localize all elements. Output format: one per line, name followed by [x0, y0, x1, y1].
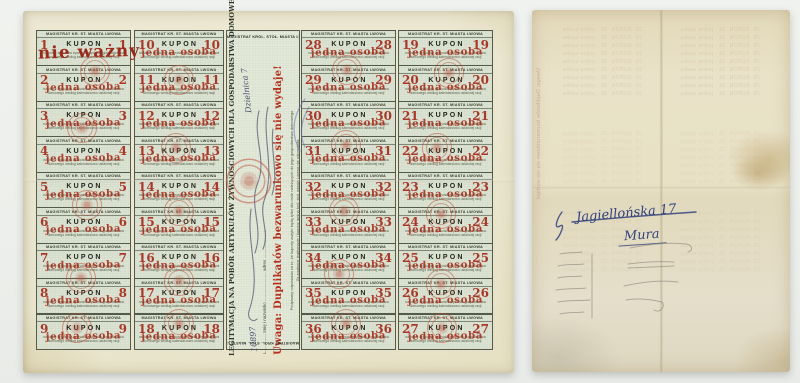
coupon-column-2: MAGISTRAT KR. ST. MIASTA LWOWA10KUPON10n… — [134, 30, 224, 350]
person-overprint: jedna osoba — [304, 330, 393, 343]
coupon-cell-28: MAGISTRAT KR. ST. MIASTA LWOWA28KUPON28n… — [301, 30, 396, 66]
coupon-issuer: MAGISTRAT KR. ST. MIASTA LWOWA — [37, 66, 130, 73]
person-overprint: jedna osoba — [401, 153, 490, 166]
coupon-cell-12: MAGISTRAT KR. ST. MIASTA LWOWA12KUPON12n… — [134, 101, 224, 137]
person-overprint: jedna osoba — [304, 295, 393, 308]
coupon-cell-24: MAGISTRAT KR. ST. MIASTA LWOWA24KUPON24n… — [398, 207, 493, 243]
person-overprint: jedna osoba — [39, 330, 128, 343]
person-overprint: jedna osoba — [401, 295, 490, 308]
coupon-cell-8: MAGISTRAT KR. ST. MIASTA LWOWA8KUPON8na … — [36, 278, 131, 314]
coupon-cell-4: MAGISTRAT KR. ST. MIASTA LWOWA4KUPON4na … — [36, 136, 131, 172]
coupon-cell-25: MAGISTRAT KR. ST. MIASTA LWOWA25KUPON25n… — [398, 243, 493, 279]
person-overprint: jedna osoba — [304, 153, 393, 166]
coupon-cell-5: MAGISTRAT KR. ST. MIASTA LWOWA5KUPON5na … — [36, 172, 131, 208]
person-overprint: jedna osoba — [137, 153, 221, 165]
coupon-cell-14: MAGISTRAT KR. ST. MIASTA LWOWA14KUPON14n… — [134, 172, 224, 208]
person-overprint: jedna osoba — [39, 153, 128, 166]
coupon-cell-32: MAGISTRAT KR. ST. MIASTA LWOWA32KUPON32n… — [301, 172, 396, 208]
coupon-cell-36: MAGISTRAT KR. ST. MIASTA LWOWA36KUPON36n… — [301, 314, 396, 350]
auction-photo: MAGISTRAT KR. ST. MIASTA LWOWA1KUPON1na … — [0, 0, 800, 383]
coupon-issuer: MAGISTRAT KR. ST. MIASTA LWOWA — [37, 315, 130, 322]
person-overprint: jedna osoba — [137, 330, 221, 342]
coupon-issuer: MAGISTRAT KR. ST. MIASTA LWOWA — [302, 315, 395, 322]
coupon-cell-11: MAGISTRAT KR. ST. MIASTA LWOWA11KUPON11n… — [134, 65, 224, 101]
strip-handwriting-zone: L. ............ Imię i nazwisko ........… — [241, 64, 267, 356]
legitymacja-strip: MAGISTRAT KRÓL. STOŁ. MIASTA LWOWA LEGIT… — [226, 30, 300, 350]
person-overprint: jedna osoba — [39, 259, 128, 272]
person-overprint: jedna osoba — [401, 224, 490, 237]
coupon-cell-1: MAGISTRAT KR. ST. MIASTA LWOWA1KUPON1na … — [36, 30, 131, 66]
ghost-print-block: 28 KUPON 28 · jedna osoba 28 KUPON 28 · … — [670, 130, 770, 186]
coupon-cell-27: MAGISTRAT KR. ST. MIASTA LWOWA27KUPON27n… — [398, 314, 493, 350]
coupon-column-4: MAGISTRAT KR. ST. MIASTA LWOWA19KUPON19n… — [398, 30, 493, 350]
person-overprint: jedna osoba — [401, 46, 490, 59]
strip-fine-print-line-1: Podpisany odpowiada za to, że kupony zuż… — [289, 110, 294, 311]
coupon-issuer: MAGISTRAT KR. ST. MIASTA LWOWA — [37, 173, 130, 180]
strip-rotated-content: LEGITYMACJA NA POBÓR ARTYKUŁÓW ŻYWNOŚCIO… — [227, 64, 301, 356]
person-overprint: jedna osoba — [401, 259, 490, 272]
coupon-grid: MAGISTRAT KR. ST. MIASTA LWOWA1KUPON1na … — [36, 30, 493, 350]
coupon-cell-7: MAGISTRAT KR. ST. MIASTA LWOWA7KUPON7na … — [36, 243, 131, 279]
show-through-vertical-text: Uwaga: Duplikatów bezwarunkowo się nie w… — [536, 68, 542, 258]
handwritten-notes: Jagiellońska 17 Mura — [546, 192, 790, 372]
fold-line-horizontal — [532, 187, 790, 190]
coupon-cell-18: MAGISTRAT KR. ST. MIASTA LWOWA18KUPON18n… — [134, 314, 224, 350]
coupon-cell-19: MAGISTRAT KR. ST. MIASTA LWOWA19KUPON19n… — [398, 30, 493, 66]
person-overprint: jedna osoba — [304, 224, 393, 237]
coupon-cell-16: MAGISTRAT KR. ST. MIASTA LWOWA16KUPON16n… — [134, 243, 224, 279]
person-overprint: jedna osoba — [39, 188, 128, 201]
coupon-issuer: MAGISTRAT KR. ST. MIASTA LWOWA — [37, 244, 130, 251]
coupon-issuer: MAGISTRAT KR. ST. MIASTA LWOWA — [135, 315, 223, 322]
coupon-cell-21: MAGISTRAT KR. ST. MIASTA LWOWA21KUPON21n… — [398, 101, 493, 137]
ghost-print-block: 28 KUPON 28 · jedna osoba 28 KUPON 28 · … — [670, 26, 770, 98]
person-overprint: jedna osoba — [304, 82, 393, 95]
coupon-cell-35: MAGISTRAT KR. ST. MIASTA LWOWA35KUPON35n… — [301, 278, 396, 314]
person-overprint: jedna osoba — [401, 82, 490, 95]
person-overprint: jedna osoba — [39, 117, 128, 130]
strip-issuer-top: MAGISTRAT KRÓL. STOŁ. MIASTA LWOWA — [227, 35, 299, 39]
coupon-cell-31: MAGISTRAT KR. ST. MIASTA LWOWA31KUPON31n… — [301, 136, 396, 172]
coupon-cell-26: MAGISTRAT KR. ST. MIASTA LWOWA26KUPON26n… — [398, 278, 493, 314]
coupon-cell-29: MAGISTRAT KR. ST. MIASTA LWOWA29KUPON29n… — [301, 65, 396, 101]
coupon-cell-20: MAGISTRAT KR. ST. MIASTA LWOWA20KUPON20n… — [398, 65, 493, 101]
person-overprint: jedna osoba — [137, 188, 221, 200]
ghost-print-block: 28 KUPON 28 · jedna osoba 28 KUPON 28 · … — [552, 26, 652, 98]
person-overprint: jedna osoba — [304, 259, 393, 272]
strip-handwriting-number: 10897 — [249, 326, 260, 352]
ghost-print-block: 28 KUPON 28 · jedna osoba 28 KUPON 28 · … — [552, 130, 652, 186]
person-overprint: jedna osoba — [401, 117, 490, 130]
person-overprint: jedna osoba — [401, 188, 490, 201]
coupon-cell-33: MAGISTRAT KR. ST. MIASTA LWOWA33KUPON33n… — [301, 207, 396, 243]
coupon-issuer: MAGISTRAT KR. ST. MIASTA LWOWA — [37, 208, 130, 215]
person-overprint: jedna osoba — [137, 82, 221, 94]
coupon-cell-34: MAGISTRAT KR. ST. MIASTA LWOWA34KUPON34n… — [301, 243, 396, 279]
coupon-issuer: MAGISTRAT KR. ST. MIASTA LWOWA — [399, 315, 492, 322]
coupon-cell-22: MAGISTRAT KR. ST. MIASTA LWOWA22KUPON22n… — [398, 136, 493, 172]
person-overprint: jedna osoba — [39, 82, 128, 95]
person-overprint: jedna osoba — [137, 224, 221, 236]
strip-form-line: L. ............ Imię i nazwisko ........… — [262, 230, 267, 354]
coupon-column-1: MAGISTRAT KR. ST. MIASTA LWOWA1KUPON1na … — [36, 30, 131, 350]
person-overprint: jedna osoba — [137, 259, 221, 271]
coupon-cell-2: MAGISTRAT KR. ST. MIASTA LWOWA2KUPON2na … — [36, 65, 131, 101]
coupon-sheet-front: MAGISTRAT KR. ST. MIASTA LWOWA1KUPON1na … — [23, 11, 514, 373]
coupon-cell-13: MAGISTRAT KR. ST. MIASTA LWOWA13KUPON13n… — [134, 136, 224, 172]
strip-handwriting-district: Dzielnica 7 — [240, 68, 254, 114]
person-overprint: jedna osoba — [137, 117, 221, 129]
coupon-cell-30: MAGISTRAT KR. ST. MIASTA LWOWA30KUPON30n… — [301, 101, 396, 137]
person-overprint: jedna osoba — [401, 330, 490, 343]
coupon-issuer: MAGISTRAT KR. ST. MIASTA LWOWA — [37, 102, 130, 109]
invalid-overprint: nie ważny — [38, 40, 160, 63]
person-overprint: jedna osoba — [304, 117, 393, 130]
strip-fine-print-line-2: Za zgubione legitymacje i kupony gmina k… — [295, 139, 300, 282]
coupon-cell-6: MAGISTRAT KR. ST. MIASTA LWOWA6KUPON6na … — [36, 207, 131, 243]
strip-fine-print: Podpisany odpowiada za to, że kupony zuż… — [289, 64, 300, 356]
strip-issuer-bottom: MAGISTRAT KRÓL. STOŁ. MIASTA LWOWA — [227, 341, 299, 345]
coupon-cell-9: MAGISTRAT KR. ST. MIASTA LWOWA9KUPON9na … — [36, 314, 131, 350]
ink-note-address: Jagiellońska 17 — [576, 202, 678, 226]
coupon-cell-17: MAGISTRAT KR. ST. MIASTA LWOWA17KUPON17n… — [134, 278, 224, 314]
strip-warning: Uwaga: Duplikatów bezwarunkowo się nie w… — [273, 64, 284, 356]
coupon-cell-23: MAGISTRAT KR. ST. MIASTA LWOWA23KUPON23n… — [398, 172, 493, 208]
person-overprint: jedna osoba — [304, 46, 393, 59]
ink-note-name: Mura — [617, 226, 666, 246]
coupon-issuer: MAGISTRAT KR. ST. MIASTA LWOWA — [37, 137, 130, 144]
coupon-issuer: MAGISTRAT KR. ST. MIASTA LWOWA — [37, 31, 130, 38]
coupon-cell-15: MAGISTRAT KR. ST. MIASTA LWOWA15KUPON15n… — [134, 207, 224, 243]
person-overprint: jedna osoba — [39, 224, 128, 237]
strip-title: LEGITYMACJA NA POBÓR ARTYKUŁÓW ŻYWNOŚCIO… — [228, 64, 236, 356]
person-overprint: jedna osoba — [304, 188, 393, 201]
coupon-cell-3: MAGISTRAT KR. ST. MIASTA LWOWA3KUPON3na … — [36, 101, 131, 137]
coupon-column-3: MAGISTRAT KR. ST. MIASTA LWOWA28KUPON28n… — [301, 30, 396, 350]
person-overprint: jedna osoba — [39, 295, 128, 308]
coupon-sheet-back: Uwaga: Duplikatów bezwarunkowo się nie w… — [532, 10, 790, 372]
person-overprint: jedna osoba — [137, 295, 221, 307]
coupon-issuer: MAGISTRAT KR. ST. MIASTA LWOWA — [37, 279, 130, 286]
